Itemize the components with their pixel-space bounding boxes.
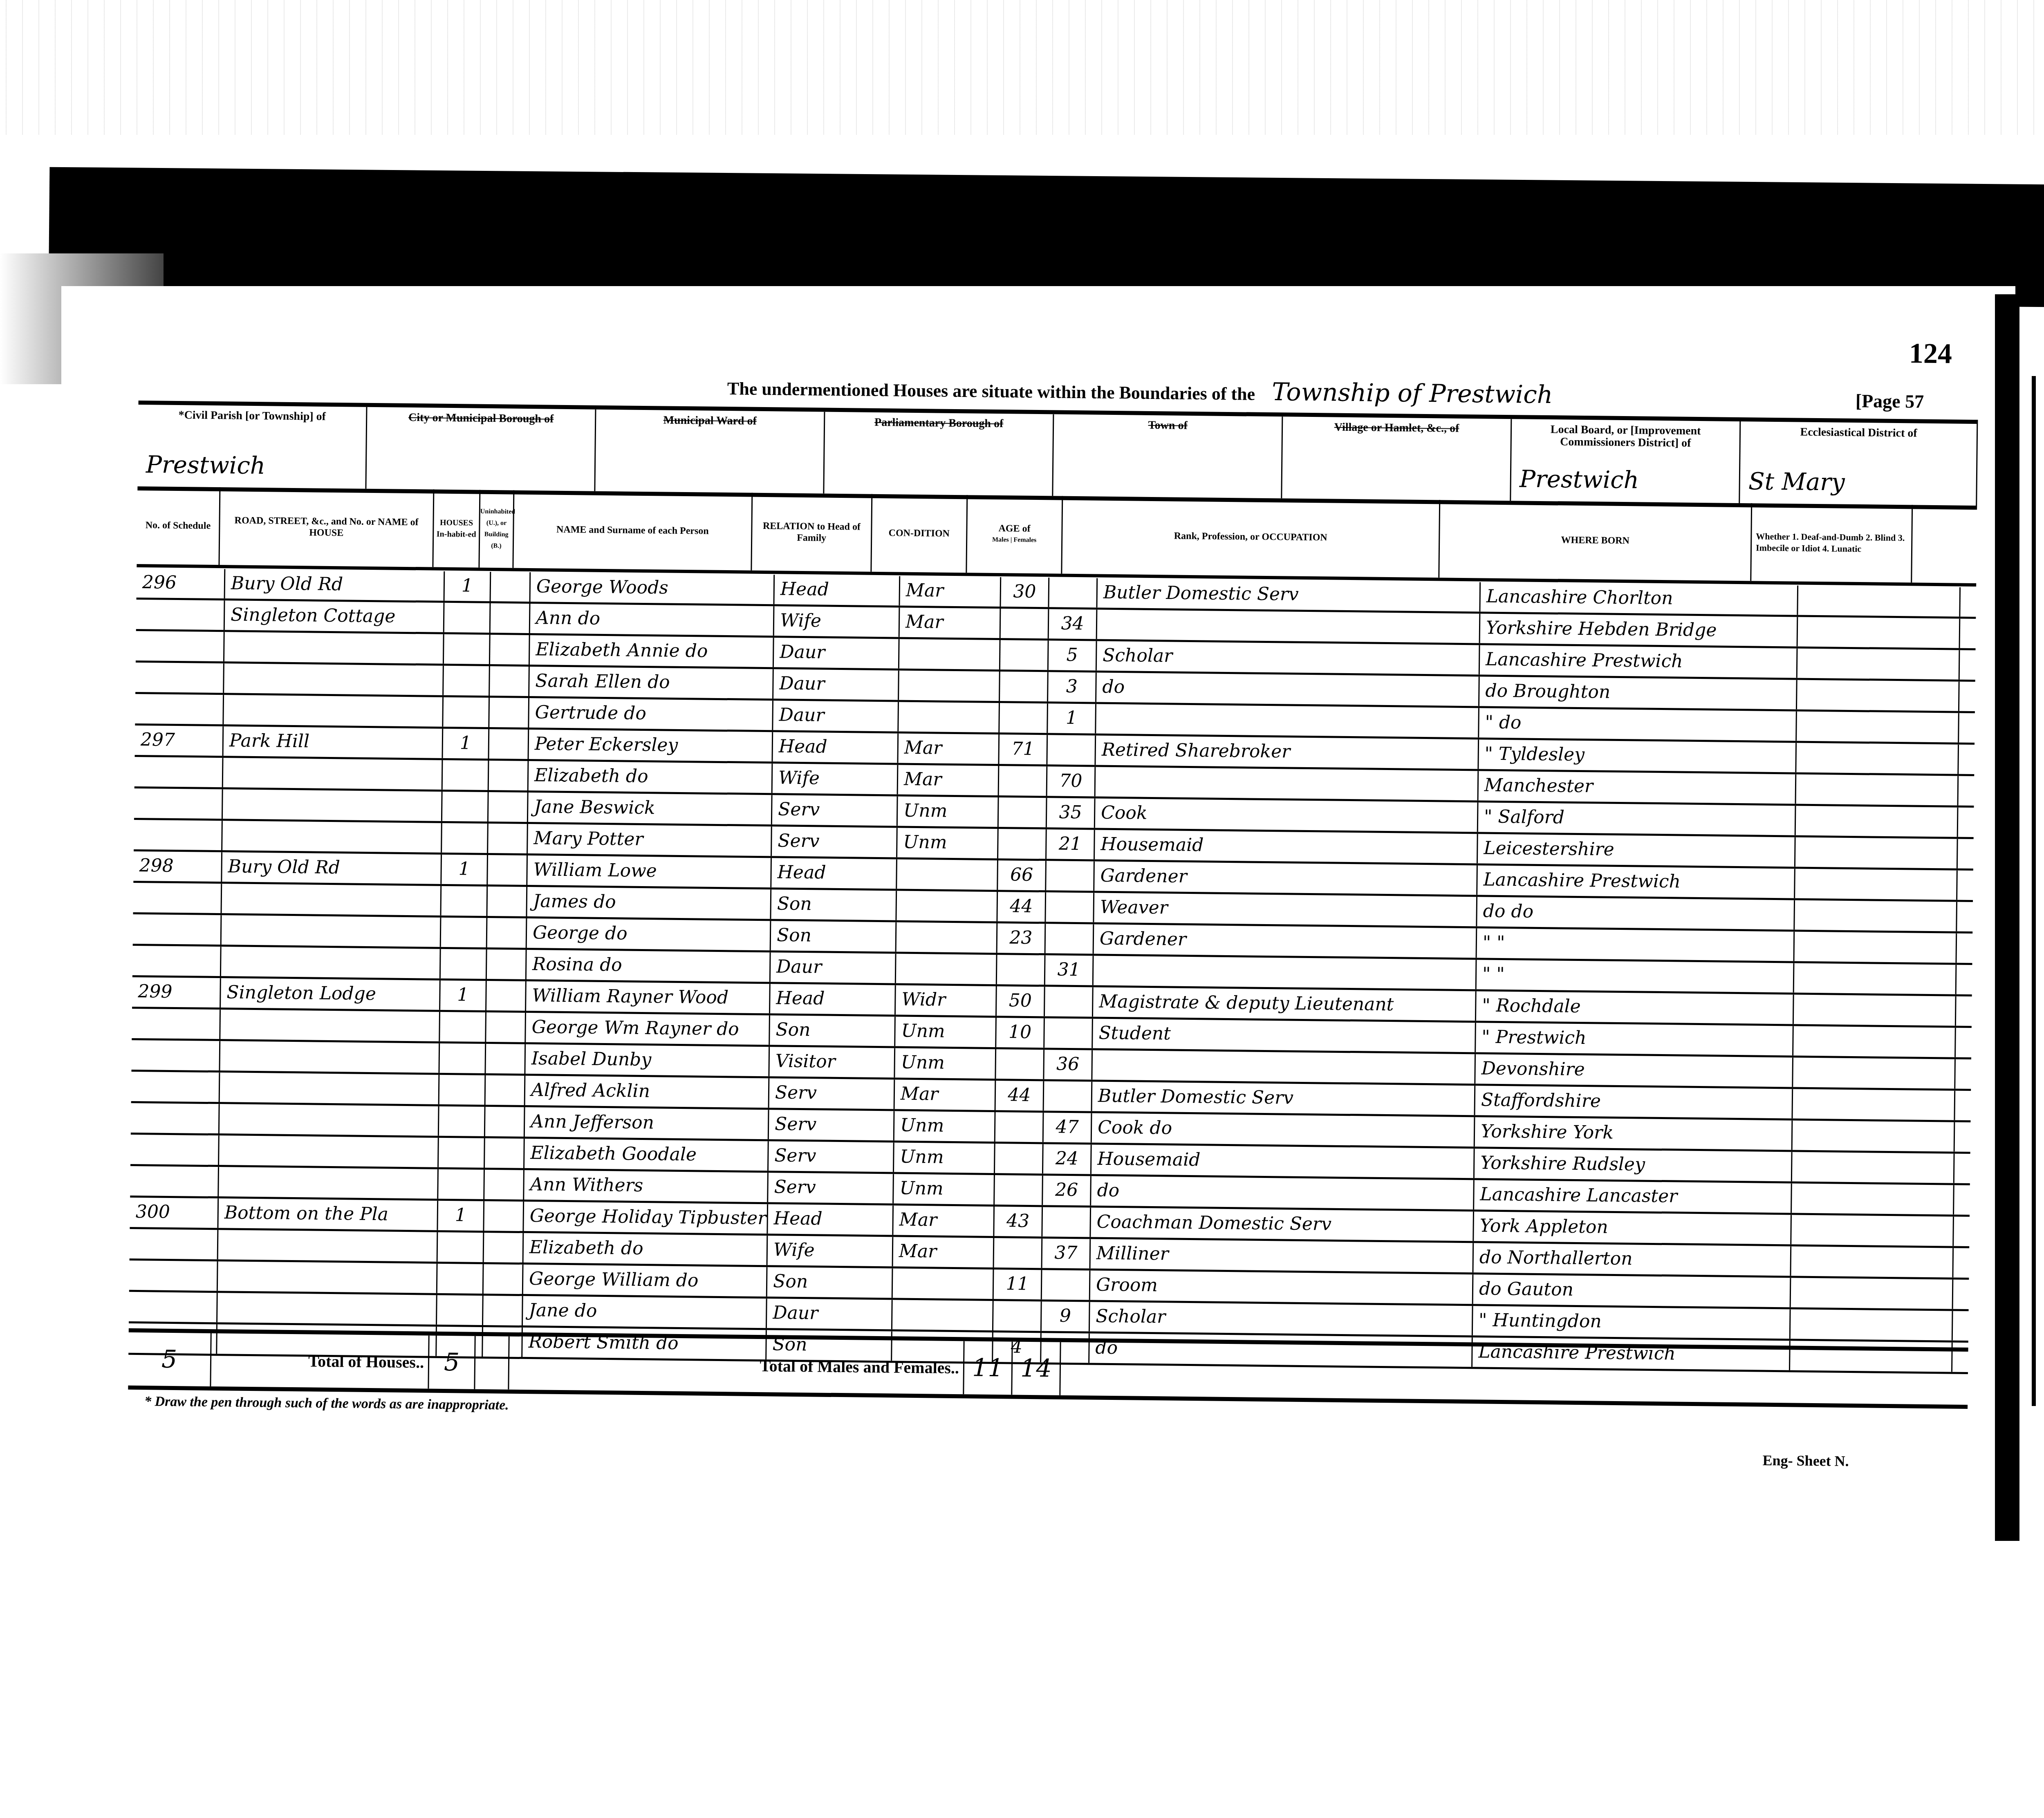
cell-relation: Son — [771, 889, 897, 920]
cell-schedule — [130, 1135, 220, 1165]
cell-name: Gertrude do — [529, 698, 773, 730]
cell-road — [224, 632, 444, 664]
cell-femaleage — [1049, 578, 1098, 607]
location-field: Local Board, or [Improvement Commissione… — [1511, 419, 1741, 503]
cell-whereborn: Lancashire Prestwich — [1477, 865, 1795, 898]
cell-inhabited — [443, 697, 490, 727]
cell-condition: Unm — [894, 1142, 995, 1173]
cell-relation: Serv — [769, 1110, 895, 1140]
boundary-text: The undermentioned Houses are situate wi… — [727, 378, 1255, 404]
cell-inhabited — [439, 1043, 486, 1073]
cell-whereborn: " Tyldesley — [1479, 739, 1797, 772]
cell-condition: Mar — [900, 576, 1001, 607]
total-houses-value: 5 — [444, 1348, 460, 1377]
location-value: St Mary — [1748, 467, 1845, 496]
cell-femaleage — [1042, 1270, 1091, 1300]
cell-relation: Head — [775, 575, 901, 605]
header-road: ROAD, STREET, &c., and No. or NAME of HO… — [220, 487, 434, 567]
cell-schedule — [136, 600, 225, 630]
cell-occupation: Cook do — [1092, 1113, 1475, 1147]
location-label: Parliamentary Borough of — [825, 412, 1053, 431]
cell-road: Park Hill — [224, 726, 444, 758]
cell-femaleage: 31 — [1045, 955, 1094, 985]
cell-inhabited: 1 — [442, 855, 488, 884]
cell-inf — [1791, 1278, 1954, 1309]
cell-relation: Son — [771, 921, 897, 952]
cell-u — [484, 1233, 524, 1263]
cell-inhabited — [437, 1295, 484, 1325]
cell-inf — [1791, 1215, 1954, 1246]
cell-schedule: 300 — [130, 1198, 219, 1228]
cell-name: George William do — [523, 1265, 768, 1296]
cell-condition: Unm — [895, 1048, 996, 1079]
sheet-label: Eng- Sheet N. — [1762, 1452, 1849, 1470]
cell-relation: Serv — [769, 1078, 895, 1109]
cell-relation: Serv — [769, 1141, 894, 1172]
total-schedules: 5 — [161, 1345, 177, 1374]
cell-u — [486, 1012, 526, 1042]
cell-road — [223, 758, 443, 790]
cell-inf — [1794, 963, 1957, 994]
cell-maleage — [995, 1112, 1044, 1142]
cell-maleage — [1001, 609, 1049, 638]
cell-name: Rosina do — [527, 950, 771, 982]
cell-inhabited — [437, 1264, 484, 1294]
cell-condition — [897, 859, 998, 890]
cell-inhabited — [439, 1075, 486, 1105]
location-value: Prestwich — [1520, 465, 1639, 494]
cell-whereborn: Lancashire Chorlton — [1480, 582, 1798, 615]
cell-u — [491, 603, 531, 633]
cell-maleage: 44 — [997, 892, 1046, 922]
cell-femaleage: 70 — [1047, 766, 1096, 796]
cell-name: Sarah Ellen do — [529, 667, 774, 699]
cell-whereborn: do Broughton — [1479, 676, 1797, 709]
cell-relation: Head — [773, 732, 899, 763]
cell-schedule — [134, 757, 224, 787]
cell-road — [218, 1230, 438, 1262]
cell-femaleage — [1047, 735, 1096, 765]
cell-name: George Woods — [531, 572, 775, 604]
cell-schedule — [135, 663, 224, 693]
cell-relation: Son — [770, 1015, 896, 1046]
cell-occupation: Student — [1093, 1019, 1476, 1052]
cell-femaleage: 3 — [1048, 672, 1097, 702]
header-houses: HOUSES — [434, 517, 479, 529]
total-males: 11 — [972, 1353, 1004, 1382]
cell-maleage — [996, 1049, 1044, 1079]
cell-whereborn: " Salford — [1478, 802, 1796, 835]
cell-u — [488, 824, 528, 853]
cell-femaleage — [1044, 1081, 1093, 1111]
cell-name: William Lowe — [527, 855, 772, 887]
cell-inhabited — [444, 603, 491, 633]
cell-name: Elizabeth do — [524, 1233, 768, 1265]
header-occupation: Rank, Profession, or OCCUPATION — [1062, 496, 1440, 578]
cell-road: Bury Old Rd — [222, 852, 442, 884]
cell-inf — [1792, 1183, 1954, 1214]
cell-relation: Daur — [773, 701, 899, 731]
cell-u — [484, 1201, 524, 1231]
cell-schedule — [133, 883, 222, 913]
cell-schedule — [129, 1261, 218, 1291]
cell-name: Ann Withers — [524, 1170, 769, 1202]
cell-whereborn: do Gauton — [1473, 1274, 1791, 1307]
cell-schedule: 298 — [133, 851, 222, 882]
cell-occupation: Scholar — [1090, 1302, 1473, 1335]
cell-u — [485, 1138, 525, 1168]
cell-maleage — [994, 1238, 1043, 1268]
cell-relation: Wife — [774, 606, 900, 637]
cell-road — [222, 821, 442, 853]
location-field: Town of — [1053, 414, 1283, 498]
cell-occupation: Milliner — [1091, 1239, 1474, 1273]
location-label: Municipal Ward of — [596, 410, 824, 428]
location-field: Parliamentary Borough of — [824, 412, 1054, 496]
cell-whereborn: Manchester — [1479, 771, 1797, 804]
cell-occupation: Coachman Domestic Serv — [1091, 1208, 1474, 1241]
cell-maleage: 23 — [997, 923, 1046, 953]
cell-inf — [1796, 743, 1959, 774]
cell-inf — [1794, 994, 1957, 1025]
cell-whereborn: " do — [1479, 708, 1797, 741]
cell-femaleage: 9 — [1042, 1301, 1090, 1331]
location-field: Ecclesiastical District ofSt Mary — [1740, 421, 1978, 506]
cell-schedule — [130, 1229, 219, 1259]
cell-condition: Mar — [898, 734, 1000, 764]
cell-condition — [899, 671, 1000, 701]
cell-inf — [1795, 900, 1957, 931]
cell-inhabited: 1 — [438, 1201, 484, 1231]
cell-relation: Serv — [772, 795, 898, 826]
cell-schedule: 296 — [137, 568, 226, 598]
cell-whereborn: " " — [1477, 928, 1795, 961]
cell-name: James do — [527, 887, 771, 919]
cell-u — [489, 761, 529, 790]
boundary-heading: The undermentioned Houses are situate wi… — [727, 372, 1553, 409]
cell-road: Singleton Lodge — [221, 978, 441, 1010]
cell-occupation — [1094, 956, 1477, 990]
cell-condition — [896, 922, 998, 953]
cell-occupation: Gardener — [1094, 862, 1478, 895]
cell-whereborn: Staffordshire — [1475, 1086, 1793, 1118]
cell-inhabited — [442, 823, 489, 853]
cell-maleage — [995, 1175, 1043, 1205]
header-relation: RELATION to Head of Family — [752, 493, 872, 572]
cell-whereborn: York Appleton — [1474, 1211, 1792, 1244]
header-schedule: No. of Schedule — [137, 486, 220, 565]
cell-inf — [1791, 1309, 1953, 1340]
header-age-label: AGE of — [967, 522, 1061, 535]
cell-whereborn: do Northallerton — [1473, 1243, 1791, 1276]
cell-schedule — [135, 694, 224, 724]
cell-inf — [1796, 806, 1959, 837]
header-where-born: WHERE BORN — [1439, 500, 1752, 581]
cell-inf — [1793, 1089, 1955, 1120]
cell-maleage: 43 — [994, 1207, 1043, 1236]
cell-name: Elizabeth Annie do — [530, 635, 774, 667]
cell-name: Jane Beswick — [528, 793, 773, 824]
cell-whereborn: Devonshire — [1475, 1054, 1793, 1087]
cell-inhabited: 1 — [445, 571, 491, 601]
cell-relation: Serv — [772, 826, 898, 857]
cell-schedule — [132, 1009, 221, 1039]
cell-femaleage: 36 — [1044, 1050, 1093, 1079]
cell-maleage — [1000, 703, 1048, 733]
cell-inhabited: 1 — [443, 729, 490, 759]
cell-schedule — [131, 1040, 220, 1070]
cell-road — [219, 1135, 439, 1167]
cell-femaleage: 26 — [1043, 1175, 1091, 1205]
cell-occupation: do — [1091, 1176, 1475, 1210]
cell-u — [484, 1170, 524, 1200]
cell-u — [489, 698, 529, 728]
cell-inf — [1795, 837, 1958, 869]
cell-occupation: Cook — [1095, 799, 1479, 832]
cell-road — [222, 915, 442, 947]
cell-schedule — [134, 820, 223, 850]
cell-schedule — [131, 1103, 220, 1133]
cell-schedule — [136, 631, 225, 661]
cell-name: Elizabeth do — [529, 761, 773, 793]
cell-u — [487, 949, 527, 979]
cell-u — [488, 855, 528, 885]
location-field: City or Municipal Borough of — [366, 407, 596, 491]
cell-whereborn: Lancashire Prestwich — [1480, 645, 1798, 678]
folio-number: 124 — [1909, 337, 1952, 370]
cell-maleage: 50 — [997, 986, 1045, 1016]
cell-u — [487, 887, 527, 916]
header-males-females: Males | Females — [967, 534, 1061, 546]
cell-inf — [1793, 1057, 1956, 1088]
cell-road — [220, 1010, 440, 1041]
cell-whereborn: " Prestwich — [1476, 1023, 1794, 1055]
cell-condition — [893, 1268, 994, 1299]
cell-inf — [1792, 1152, 1955, 1183]
cell-femaleage: 37 — [1042, 1238, 1091, 1268]
cell-inf — [1797, 712, 1959, 743]
cell-relation: Daur — [771, 952, 896, 983]
cell-condition — [899, 639, 1001, 670]
cell-name: Alfred Acklin — [525, 1076, 770, 1108]
cell-schedule — [133, 914, 222, 945]
cell-occupation: Gardener — [1094, 925, 1477, 958]
cell-name: Peter Eckersley — [529, 730, 773, 761]
cell-road: Bottom on the Pla — [218, 1198, 438, 1230]
cell-occupation: Housemaid — [1095, 830, 1478, 864]
cell-inhabited — [444, 634, 491, 664]
scan-edge-shadow-right — [1995, 294, 2019, 1541]
cell-maleage — [998, 829, 1047, 859]
cell-road — [219, 1167, 439, 1199]
cell-maleage: 30 — [1001, 577, 1049, 607]
cell-relation: Head — [770, 984, 896, 1014]
location-label: Local Board, or [Improvement Commissione… — [1512, 419, 1740, 450]
cell-inf — [1797, 649, 1960, 680]
cell-whereborn: Lancashire Lancaster — [1474, 1180, 1792, 1213]
cell-name: Isabel Dunby — [525, 1044, 770, 1076]
location-label: Ecclesiastical District of — [1741, 421, 1977, 440]
cell-road: Singleton Cottage — [225, 600, 445, 632]
cell-maleage: 10 — [996, 1018, 1045, 1048]
cell-road — [220, 1041, 440, 1073]
cell-road — [218, 1261, 438, 1293]
cell-femaleage — [1046, 861, 1095, 891]
cell-name: Ann Jefferson — [525, 1107, 769, 1139]
cell-u — [486, 1044, 526, 1074]
cell-road: Bury Old Rd — [225, 569, 445, 601]
cell-name: Mary Potter — [528, 824, 772, 856]
cell-whereborn: Yorkshire York — [1475, 1117, 1793, 1150]
cell-condition: Unm — [894, 1111, 996, 1142]
cell-condition: Mar — [893, 1205, 995, 1236]
cell-whereborn: Yorkshire Rudsley — [1475, 1149, 1793, 1181]
location-label: Village or Hamlet, &c., of — [1283, 416, 1511, 435]
cell-road — [220, 1072, 440, 1104]
cell-whereborn: Leicestershire — [1478, 834, 1796, 866]
cell-name: William Rayner Wood — [526, 981, 771, 1013]
cell-condition: Unm — [895, 1016, 997, 1047]
cell-name: Ann do — [530, 604, 775, 636]
page-number: [Page 57 — [1856, 390, 1924, 412]
cell-condition: Unm — [897, 828, 999, 858]
header-inhabited-label: In-habit-ed — [434, 528, 479, 540]
cell-occupation: Butler Domestic Serv — [1092, 1082, 1476, 1115]
cell-relation: Head — [768, 1204, 894, 1235]
cell-schedule — [130, 1166, 219, 1196]
location-label: City or Municipal Borough of — [367, 407, 595, 426]
cell-road — [224, 695, 444, 727]
total-females: 14 — [1020, 1354, 1052, 1383]
cell-maleage — [999, 797, 1047, 827]
cell-u — [491, 572, 531, 602]
cell-u — [486, 1075, 526, 1105]
cell-u — [485, 1107, 525, 1137]
cell-inhabited — [444, 666, 490, 696]
cell-condition — [896, 891, 998, 921]
cell-schedule: 299 — [132, 977, 221, 1008]
cell-relation: Serv — [768, 1173, 894, 1203]
cell-inhabited — [438, 1169, 485, 1199]
cell-maleage — [1000, 640, 1049, 670]
cell-whereborn: Yorkshire Hebden Bridge — [1480, 613, 1798, 646]
boundary-value: Township of Prestwich — [1272, 378, 1553, 409]
cell-relation: Wife — [768, 1236, 894, 1266]
cell-u — [490, 666, 530, 696]
cell-condition: Mar — [898, 765, 1000, 796]
cell-schedule: 297 — [135, 725, 224, 756]
cell-femaleage: 21 — [1047, 829, 1095, 859]
cell-whereborn: " Rochdale — [1476, 991, 1794, 1024]
cell-schedule — [134, 788, 223, 819]
cell-inhabited — [440, 1012, 486, 1042]
cell-occupation — [1096, 767, 1479, 801]
cell-condition: Mar — [900, 608, 1001, 638]
archive-strip: PUBLIC RECORD OFFICE 123456 Reference :-… — [2032, 376, 2044, 1406]
cell-schedule — [131, 1072, 220, 1102]
cell-occupation: Butler Domestic Serv — [1097, 578, 1481, 612]
cell-maleage: 71 — [999, 734, 1048, 764]
census-rows: 296Bury Old Rd1George WoodsHeadMar30Butl… — [128, 568, 1976, 1374]
cell-relation: Head — [771, 858, 897, 889]
cell-maleage: 44 — [996, 1081, 1044, 1111]
cell-occupation — [1096, 704, 1479, 738]
cell-maleage: 66 — [998, 860, 1047, 890]
cell-femaleage: 24 — [1043, 1144, 1092, 1174]
cell-occupation: Magistrate & deputy Lieutenant — [1093, 987, 1477, 1021]
cell-road — [223, 789, 443, 821]
cell-relation: Wife — [773, 763, 899, 794]
cell-relation: Daur — [774, 638, 900, 668]
header-uninhabited: Uninhabited (U.), or Building (B.) — [480, 490, 514, 568]
cell-femaleage: 5 — [1049, 640, 1097, 670]
cell-inhabited — [441, 918, 488, 947]
cell-inf — [1795, 869, 1958, 900]
cell-maleage — [999, 766, 1048, 796]
cell-name: Jane do — [523, 1296, 767, 1328]
cell-maleage: 11 — [994, 1269, 1042, 1299]
cell-condition — [892, 1300, 994, 1330]
cell-condition: Unm — [898, 797, 999, 827]
cell-condition: Mar — [895, 1079, 996, 1110]
cell-road — [224, 663, 444, 695]
cell-occupation — [1097, 610, 1481, 643]
cell-maleage — [993, 1301, 1042, 1331]
cell-inf — [1793, 1120, 1955, 1151]
cell-femaleage — [1044, 1018, 1093, 1048]
cell-maleage — [997, 955, 1046, 985]
cell-inhabited — [439, 1138, 485, 1168]
cell-inf — [1796, 775, 1959, 806]
cell-name: George Holiday Tipbuster — [524, 1202, 768, 1234]
cell-maleage — [995, 1144, 1044, 1173]
cell-road — [220, 1104, 439, 1136]
location-field: Village or Hamlet, &c., of — [1282, 416, 1512, 501]
cell-inf — [1793, 1026, 1956, 1057]
cell-maleage — [1000, 672, 1049, 701]
cell-inhabited: 1 — [440, 981, 487, 1010]
cell-femaleage: 34 — [1049, 609, 1098, 639]
cell-name: George do — [527, 918, 771, 950]
cell-name: Elizabeth Goodale — [524, 1139, 769, 1171]
cell-inf — [1794, 931, 1957, 963]
cell-u — [489, 729, 529, 759]
cell-relation: Visitor — [769, 1047, 895, 1077]
cell-inhabited — [443, 760, 489, 790]
cell-femaleage: 47 — [1044, 1113, 1092, 1142]
cell-road — [217, 1293, 437, 1325]
cell-condition: Mar — [893, 1237, 995, 1267]
cell-inhabited — [439, 1106, 486, 1136]
cell-u — [490, 635, 530, 665]
footnote: * Draw the pen through such of the words… — [144, 1394, 509, 1413]
cell-inhabited — [441, 886, 488, 916]
cell-occupation: Weaver — [1094, 893, 1477, 927]
cell-condition — [899, 702, 1000, 733]
cell-inhabited — [438, 1232, 484, 1262]
cell-inf — [1791, 1246, 1954, 1277]
cell-occupation: Retired Sharebroker — [1096, 736, 1479, 769]
location-value: Prestwich — [146, 450, 266, 479]
cell-u — [483, 1296, 523, 1325]
total-persons-label: Total of Males and Females.. — [509, 1337, 964, 1395]
census-form: 124 The undermentioned Houses are situat… — [128, 347, 1979, 1474]
cell-femaleage: 1 — [1048, 703, 1096, 733]
cell-schedule — [132, 946, 222, 976]
scan-noise — [0, 0, 2044, 135]
header-males: Males — [992, 536, 1009, 543]
cell-occupation: Housemaid — [1091, 1145, 1475, 1178]
